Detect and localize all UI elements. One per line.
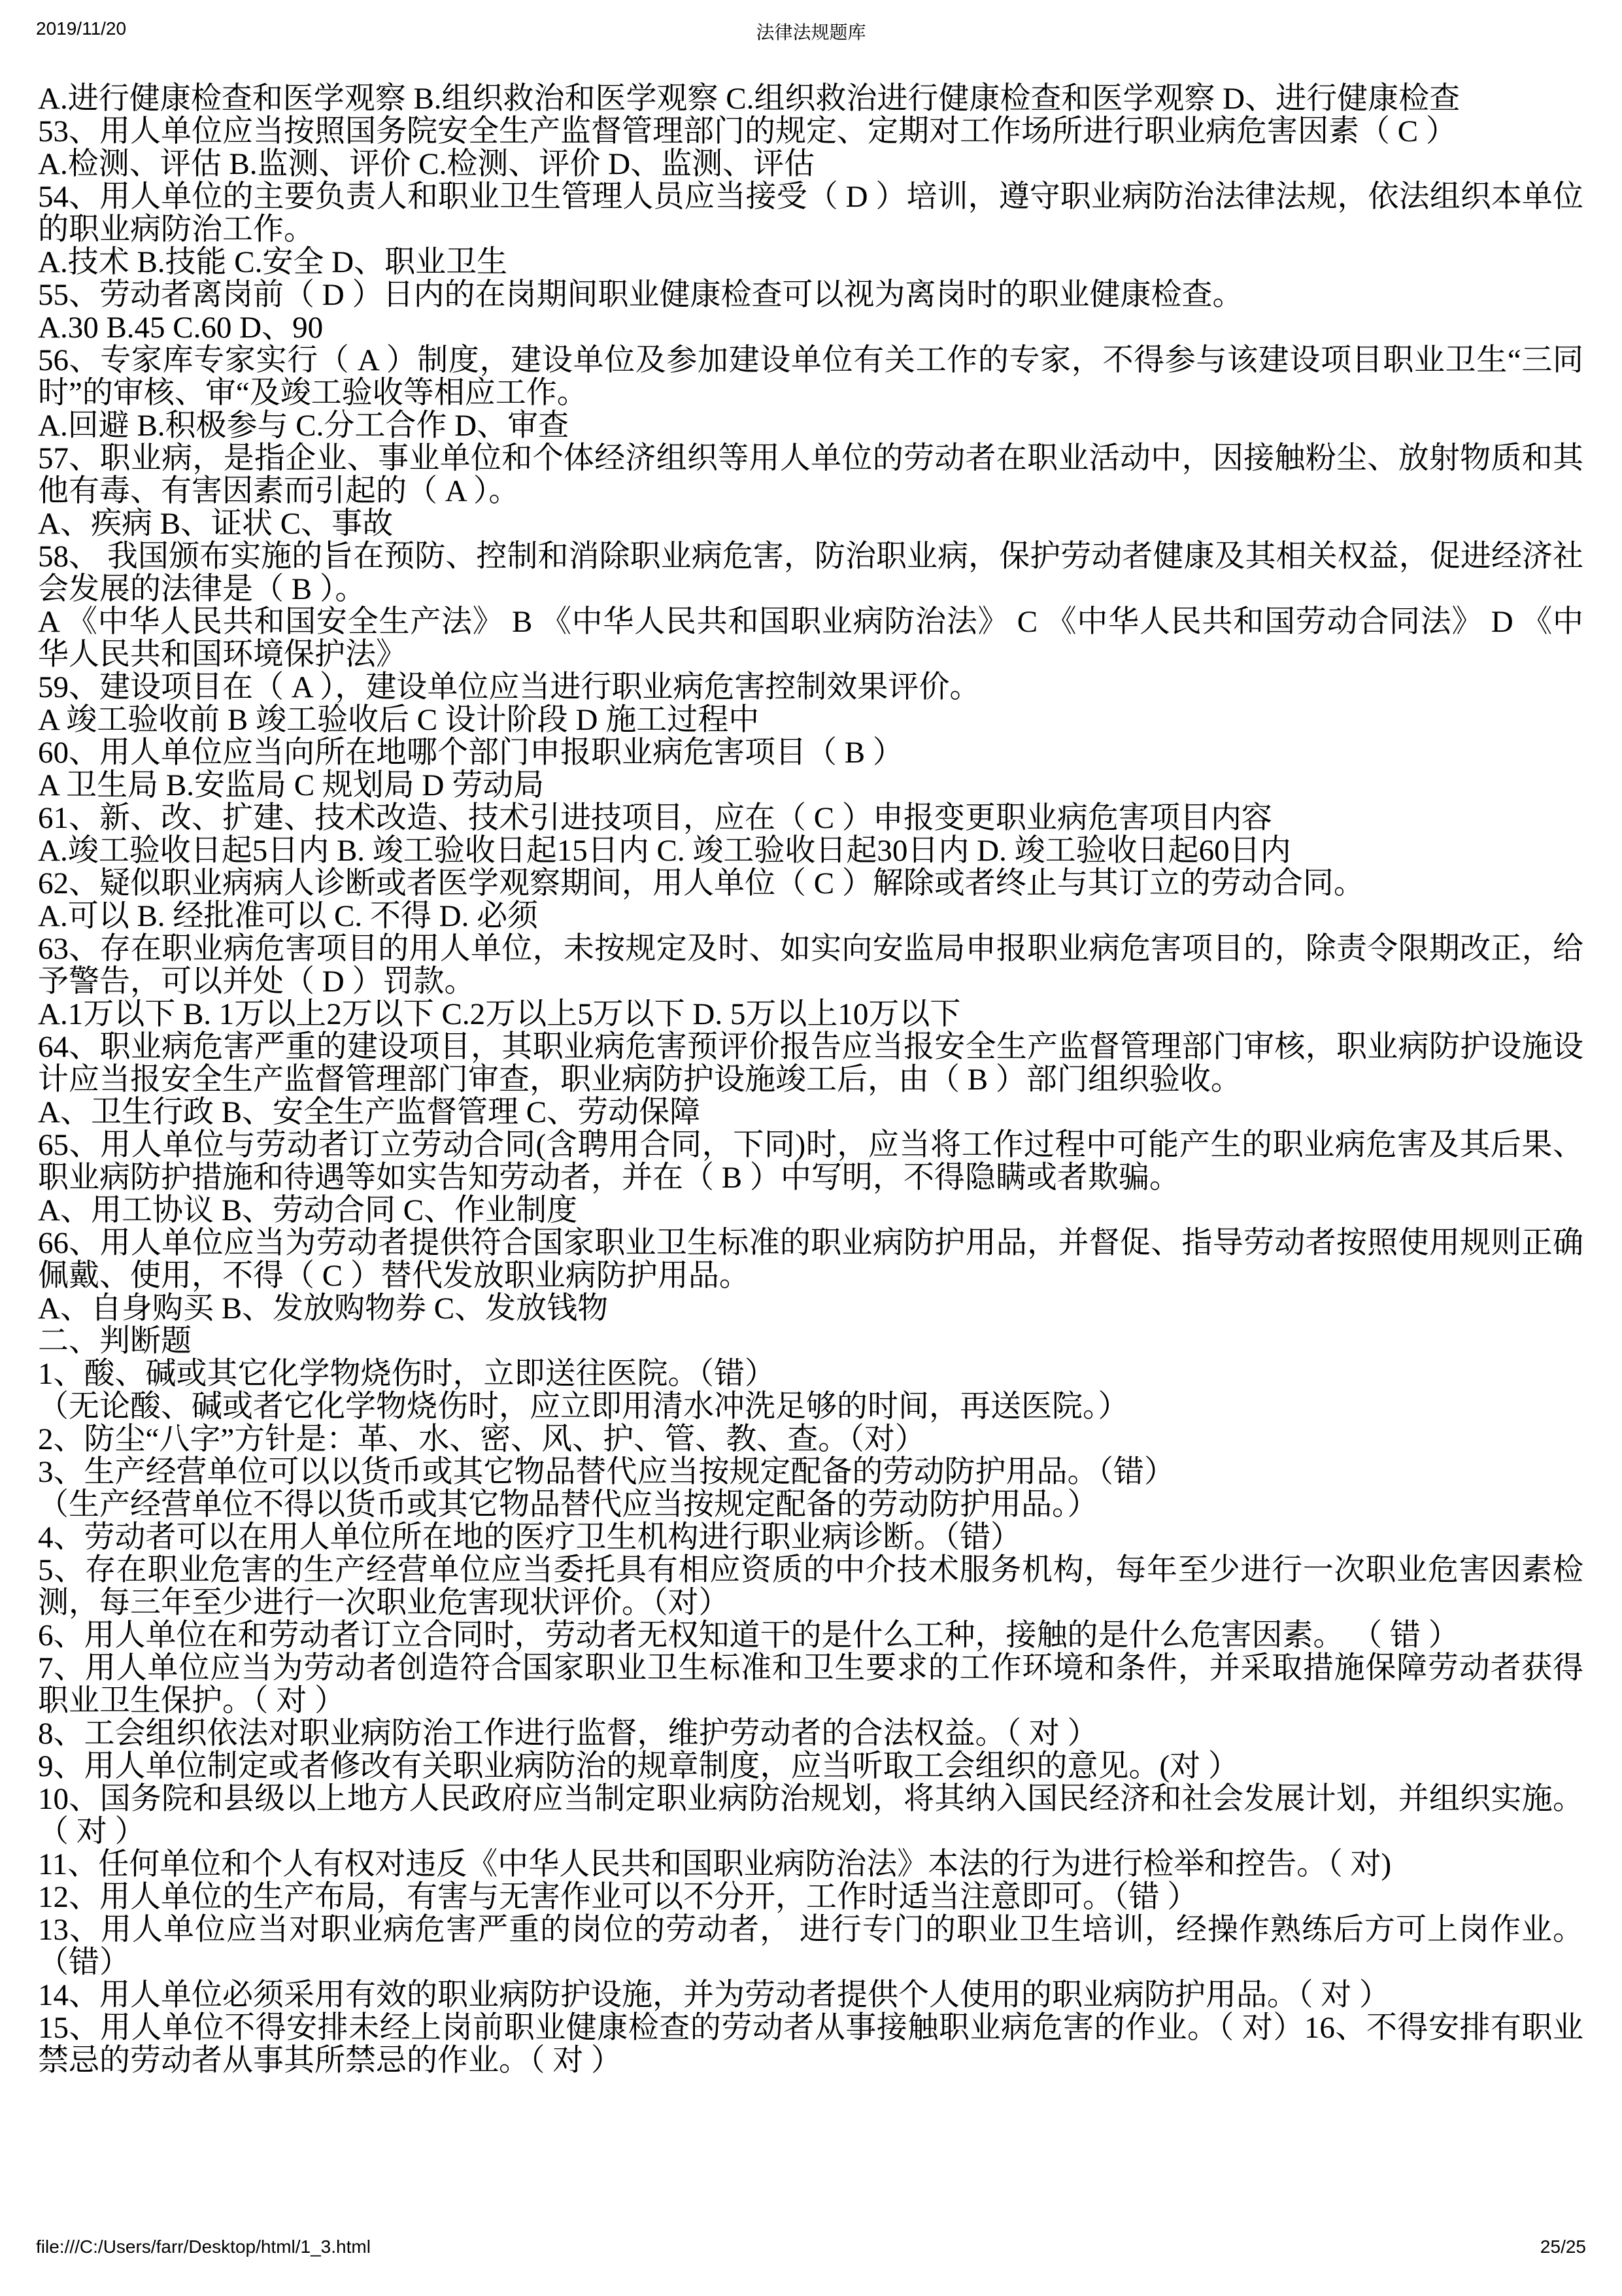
paragraph: A.可以 B. 经批准可以 C. 不得 D. 必须 (38, 900, 1583, 933)
paragraph: （生产经营单位不得以货币或其它物品替代应当按规定配备的劳动防护用品。） (38, 1488, 1583, 1521)
paragraph: 8、工会组织依法对职业病防治工作进行监督，维护劳动者的合法权益。（ 对 ） (38, 1717, 1583, 1750)
paragraph: 3、生产经营单位可以以货币或其它物品替代应当按规定配备的劳动防护用品。（错） (38, 1456, 1583, 1488)
paragraph: 9、用人单位制定或者修改有关职业病防治的规章制度，应当听取工会组织的意见。(对 … (38, 1750, 1583, 1783)
paragraph: 12、用人单位的生产布局，有害与无害作业可以不分开，工作时适当注意即可。（错 ） (38, 1881, 1583, 1913)
paragraph: A、疾病 B、证状 C、事故 (38, 507, 1583, 540)
paragraph: A、卫生行政 B、安全生产监督管理 C、劳动保障 (38, 1096, 1583, 1129)
paragraph: 10、国务院和县级以上地方人民政府应当制定职业病防治规划，将其纳入国民经济和社会… (38, 1783, 1583, 1848)
print-header: 2019/11/20 法律法规题库 (0, 18, 1622, 44)
paragraph: 15、用人单位不得安排未经上岗前职业健康检查的劳动者从事接触职业病危害的作业。（… (38, 2012, 1583, 2077)
paragraph: 4、劳动者可以在用人单位所在地的医疗卫生机构进行职业病诊断。（错） (38, 1521, 1583, 1554)
paragraph: 53、用人单位应当按照国务院安全生产监督管理部门的规定、定期对工作场所进行职业病… (38, 115, 1583, 148)
paragraph: A.回避 B.积极参与 C.分工合作 D、审查 (38, 409, 1583, 442)
document-title: 法律法规题库 (0, 18, 1622, 44)
paragraph: 65、用人单位与劳动者订立劳动合同(含聘用合同，下同)时，应当将工作过程中可能产… (38, 1129, 1583, 1194)
paragraph: 11、任何单位和个人有权对违反《中华人民共和国职业病防治法》本法的行为进行检举和… (38, 1848, 1583, 1881)
paragraph: 1、酸、碱或其它化学物烧伤时，立即送往医院。（错） (38, 1358, 1583, 1390)
paragraph: 5、存在职业危害的生产经营单位应当委托具有相应资质的中介技术服务机构，每年至少进… (38, 1554, 1583, 1619)
paragraph: A.检测、评估 B.监测、评价 C.检测、评价 D、监测、评估 (38, 148, 1583, 180)
paragraph: A 竣工验收前 B 竣工验收后 C 设计阶段 D 施工过程中 (38, 704, 1583, 736)
question-list: A.进行健康检查和医学观察 B.组织救治和医学观察 C.组织救治进行健康检查和医… (38, 82, 1583, 2077)
paragraph: 57、职业病，是指企业、事业单位和个体经济组织等用人单位的劳动者在职业活动中，因… (38, 442, 1583, 507)
paragraph: 56、专家库专家实行（ A ）制度，建设单位及参加建设单位有关工作的专家，不得参… (38, 344, 1583, 409)
paragraph: A.30 B.45 C.60 D、90 (38, 311, 1583, 344)
paragraph: A 卫生局 B.安监局 C 规划局 D 劳动局 (38, 769, 1583, 802)
paragraph: A.进行健康检查和医学观察 B.组织救治和医学观察 C.组织救治进行健康检查和医… (38, 82, 1583, 115)
paragraph: 2、防尘“八字”方针是：革、水、密、风、护、管、教、查。（对） (38, 1423, 1583, 1456)
paragraph: 7、用人单位应当为劳动者创造符合国家职业卫生标准和卫生要求的工作环境和条件，并采… (38, 1652, 1583, 1717)
paragraph: 55、劳动者离岗前（ D ）日内的在岗期间职业健康检查可以视为离岗时的职业健康检… (38, 279, 1583, 311)
paragraph: A.竣工验收日起5日内 B. 竣工验收日起15日内 C. 竣工验收日起30日内 … (38, 834, 1583, 867)
paragraph: （无论酸、碱或者它化学物烧伤时，应立即用清水冲洗足够的时间，再送医院。） (38, 1390, 1583, 1423)
paragraph: A 《中华人民共和国安全生产法》 B 《中华人民共和国职业病防治法》 C 《中华… (38, 606, 1583, 671)
paragraph: 14、用人单位必须采用有效的职业病防护设施，并为劳动者提供个人使用的职业病防护用… (38, 1979, 1583, 2012)
paragraph: A、用工协议 B、劳动合同 C、作业制度 (38, 1194, 1583, 1227)
paragraph: 54、用人单位的主要负责人和职业卫生管理人员应当接受（ D ）培训，遵守职业病防… (38, 180, 1583, 246)
print-footer: file:///C:/Users/farr/Desktop/html/1_3.h… (0, 2236, 1622, 2260)
paragraph: 64、职业病危害严重的建设项目，其职业病危害预评价报告应当报安全生产监督管理部门… (38, 1031, 1583, 1096)
paragraph: 59、建设项目在（ A ），建设单位应当进行职业病危害控制效果评价。 (38, 671, 1583, 704)
file-url: file:///C:/Users/farr/Desktop/html/1_3.h… (36, 2236, 371, 2257)
paragraph: 58、 我国颁布实施的旨在预防、控制和消除职业病危害，防治职业病，保护劳动者健康… (38, 540, 1583, 606)
paragraph: 60、用人单位应当向所在地哪个部门申报职业病危害项目（ B ） (38, 736, 1583, 769)
printed-page: 2019/11/20 法律法规题库 A.进行健康检查和医学观察 B.组织救治和医… (0, 0, 1622, 2296)
paragraph: 6、用人单位在和劳动者订立合同时，劳动者无权知道干的是什么工种，接触的是什么危害… (38, 1619, 1583, 1652)
paragraph: 13、用人单位应当对职业病危害严重的岗位的劳动者， 进行专门的职业卫生培训，经操… (38, 1913, 1583, 1979)
paragraph: 61、新、改、扩建、技术改造、技术引进技项目，应在（ C ）申报变更职业病危害项… (38, 802, 1583, 834)
paragraph: 62、疑似职业病病人诊断或者医学观察期间，用人单位（ C ）解除或者终止与其订立… (38, 867, 1583, 900)
paragraph: A.1万以下 B. 1万以上2万以下 C.2万以上5万以下 D. 5万以上10万… (38, 998, 1583, 1031)
paragraph: A、自身购买 B、发放购物券 C、发放钱物 (38, 1292, 1583, 1325)
paragraph: 二、判断题 (38, 1325, 1583, 1358)
paragraph: 66、用人单位应当为劳动者提供符合国家职业卫生标准的职业病防护用品，并督促、指导… (38, 1227, 1583, 1292)
paragraph: 63、存在职业病危害项目的用人单位，未按规定及时、如实向安监局申报职业病危害项目… (38, 933, 1583, 998)
page-number: 25/25 (1540, 2236, 1586, 2257)
paragraph: A.技术 B.技能 C.安全 D、职业卫生 (38, 246, 1583, 279)
